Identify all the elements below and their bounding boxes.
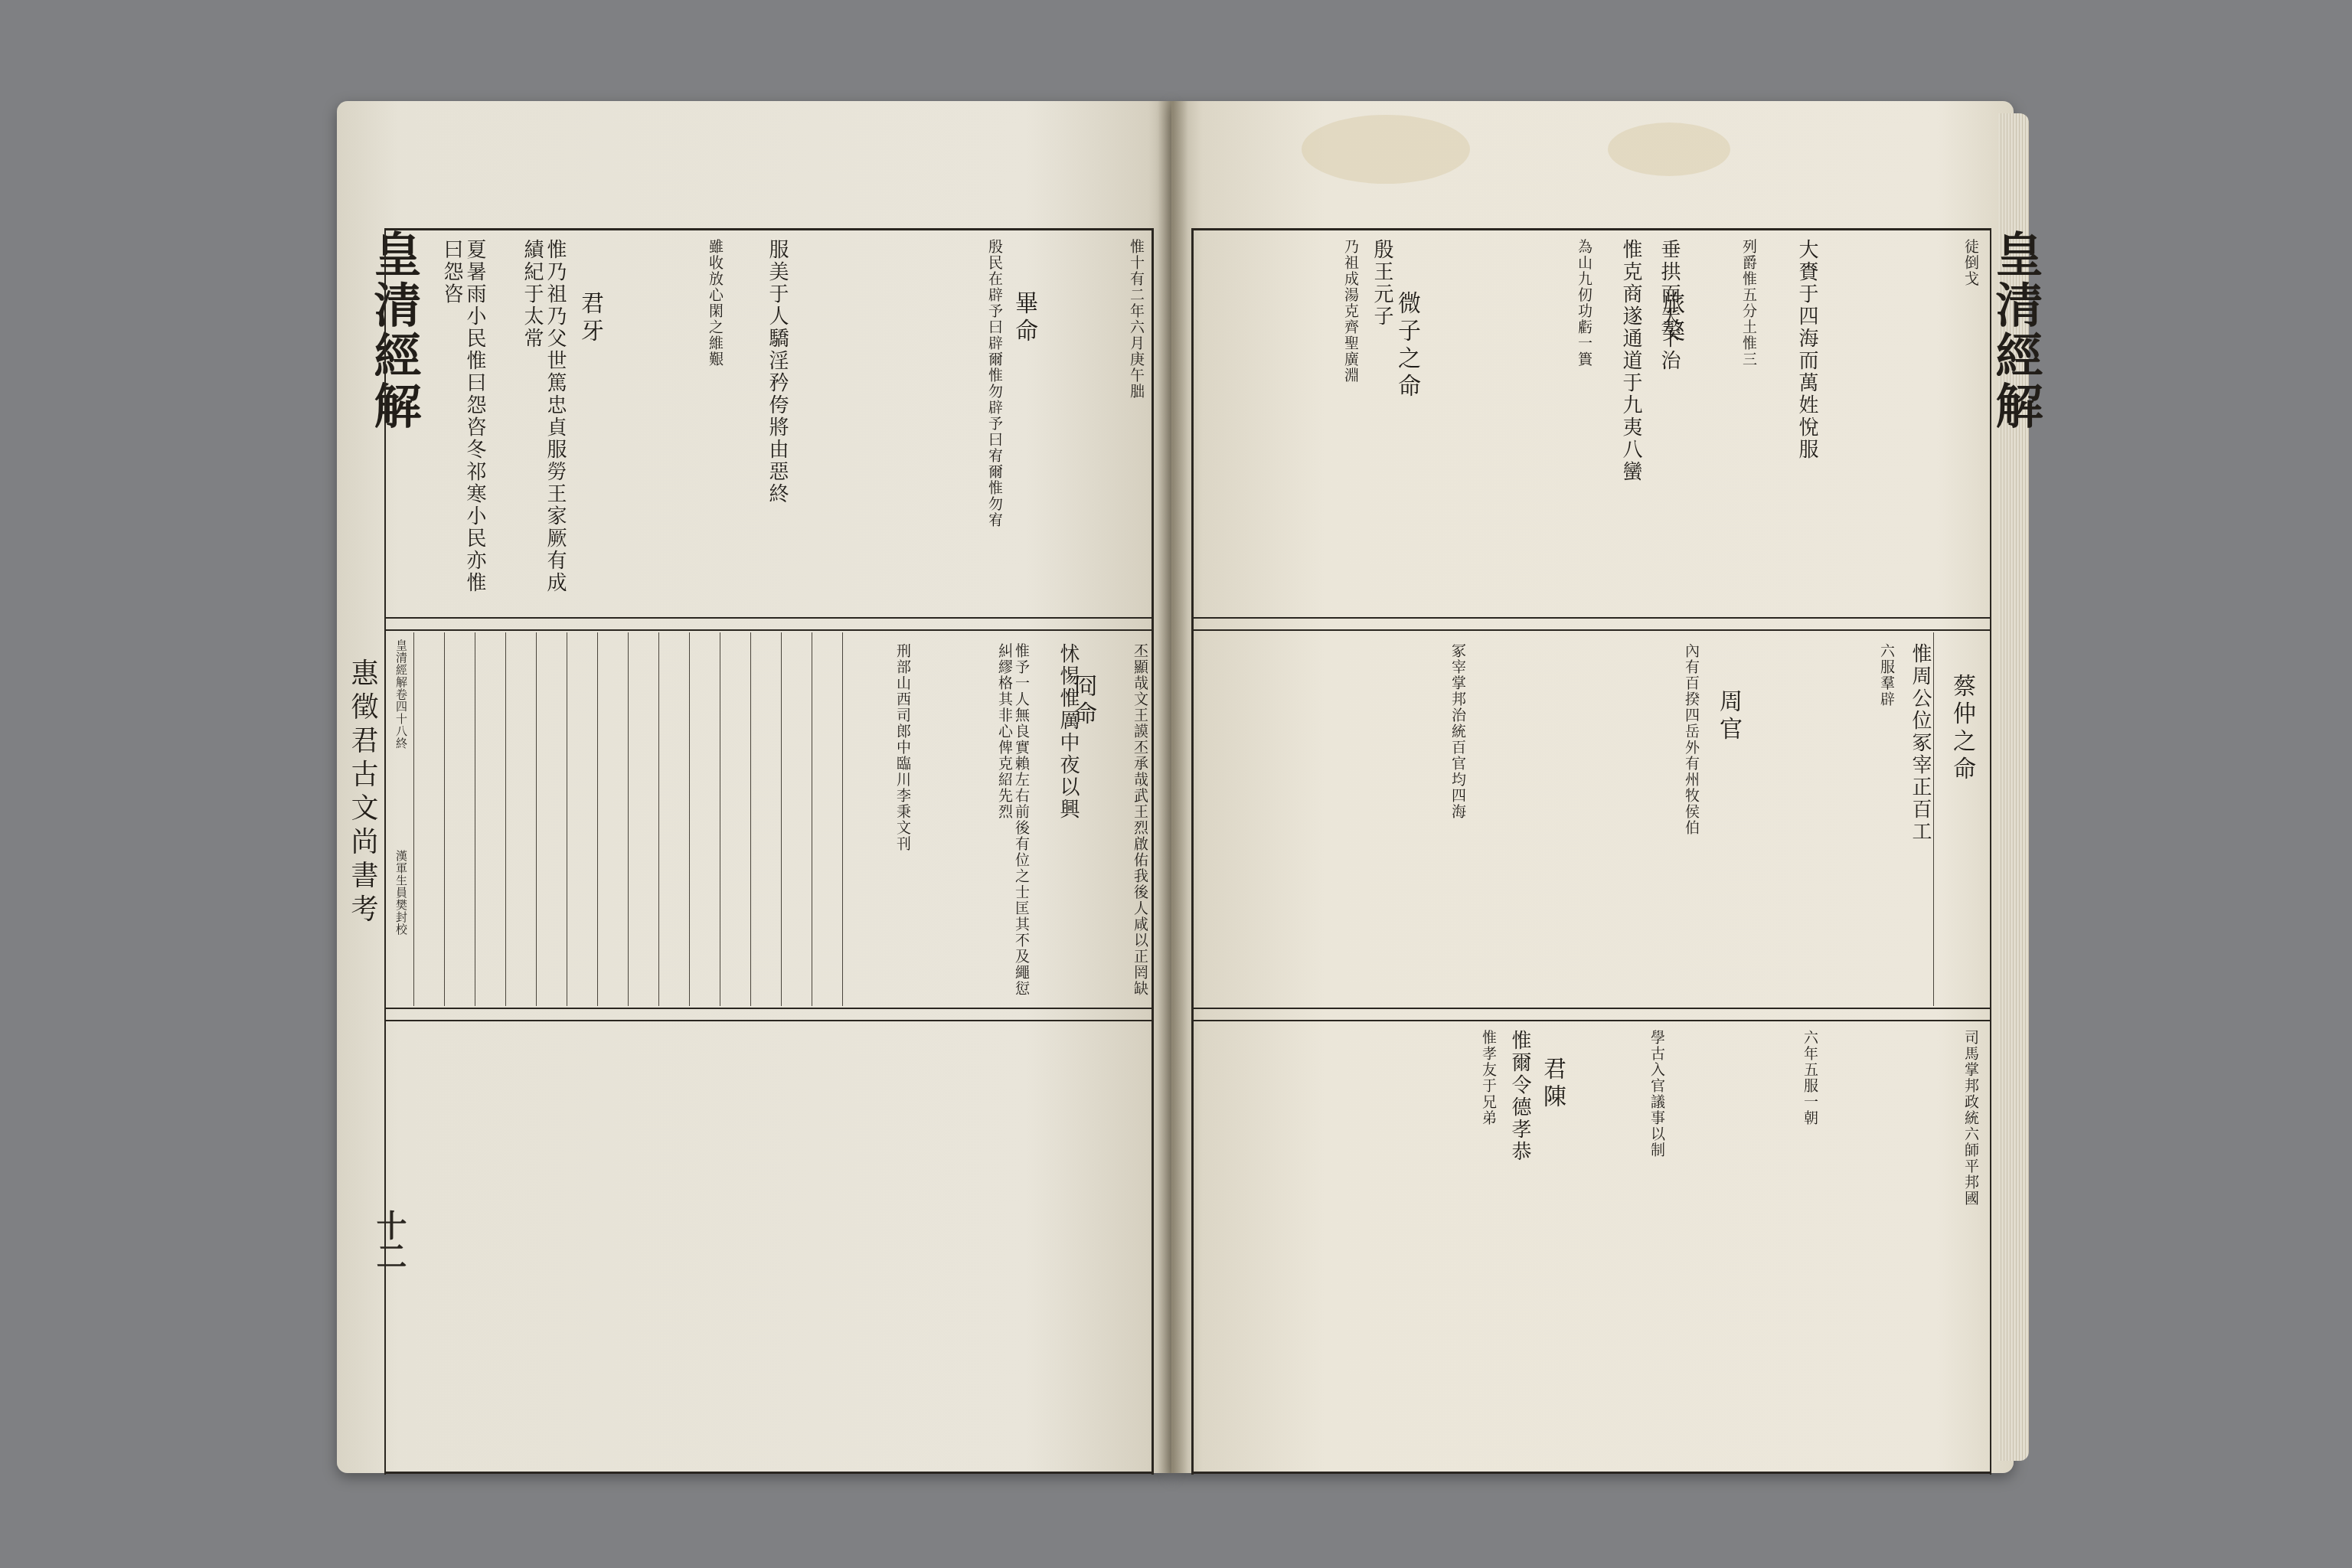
text-column-main: 夏暑雨小民惟曰怨咨冬祁寒小民亦惟曰怨咨 bbox=[394, 239, 486, 614]
column-rule bbox=[628, 632, 629, 1006]
book-gutter bbox=[1158, 101, 1188, 1473]
open-book: 皇清經解 惠徵君古文尚書考 十二 惟十有二年六月庚午朏 畢命 殷民在辟予曰辟爾惟… bbox=[0, 0, 2352, 1568]
text-column-block: 六服羣辟 bbox=[1738, 643, 1895, 1003]
column-rule bbox=[842, 632, 843, 1006]
column-rule bbox=[658, 632, 659, 1006]
section-heading-biming: 畢命 bbox=[1007, 291, 1040, 346]
colophon: 刑部山西司郎中臨川李秉文刊 bbox=[880, 643, 911, 1003]
band-divider bbox=[1191, 629, 1990, 631]
section-heading-weizi-zhi-ming: 微子之命 bbox=[1390, 291, 1423, 401]
section-heading-junya: 君牙 bbox=[573, 291, 606, 346]
section-heading-zhouguan: 周官 bbox=[1711, 689, 1745, 744]
text-column-block: 冢宰掌邦治統百官均四海 bbox=[1202, 643, 1466, 1003]
column-rule bbox=[413, 632, 414, 1006]
column-rule bbox=[812, 632, 812, 1006]
text-column-block: 殷民在辟予曰辟爾惟勿辟予曰宥爾惟勿宥 bbox=[796, 239, 1003, 614]
band-divider bbox=[384, 629, 1152, 631]
band-divider bbox=[1191, 1020, 1990, 1021]
band-divider bbox=[384, 617, 1152, 619]
column-rule bbox=[781, 632, 782, 1006]
text-column-block: 丕顯哉文王謨丕承哉武王烈啟佑我後人咸以正罔缺 bbox=[1091, 643, 1148, 1003]
text-column-block: 雖收放心閑之維艱 bbox=[605, 239, 724, 614]
text-column-block: 乃祖成湯克齊聖廣淵 bbox=[1202, 239, 1359, 614]
proofreader-credit: 漢軍生員樊封校 bbox=[389, 850, 407, 1003]
band-divider bbox=[1191, 617, 1990, 619]
text-column-block: 內有百揆四岳外有州牧侯伯 bbox=[1470, 643, 1700, 1003]
column-rule bbox=[505, 632, 506, 1006]
text-column-main: 惟克商遂通道于九夷八蠻 bbox=[1596, 239, 1642, 614]
text-column-block: 惟孝友于兄弟 bbox=[1202, 1030, 1497, 1466]
column-rule bbox=[1933, 632, 1934, 1006]
frame-bottom bbox=[384, 1472, 1152, 1474]
text-column-main: 殷王元子 bbox=[1363, 239, 1393, 614]
column-rule bbox=[475, 632, 475, 1006]
text-column-block: 為山九仞功虧一簣 bbox=[1439, 239, 1592, 614]
section-heading-caizhong-zhi-ming: 蔡仲之命 bbox=[1945, 674, 1978, 784]
section-heading-lvao: 旅獒 bbox=[1654, 291, 1687, 346]
frame-bottom bbox=[1191, 1472, 1990, 1474]
paper-stain bbox=[1608, 122, 1730, 176]
text-column-main: 服美于人驕淫矜侉將由惡終 bbox=[727, 239, 789, 614]
text-column-block: 徒倒戈 bbox=[1822, 239, 1979, 614]
text-column-main: 惟爾令德孝恭 bbox=[1501, 1030, 1531, 1466]
margin-section-title: 惠徵君古文尚書考 bbox=[343, 658, 382, 949]
text-column-main: 大賚于四海而萬姓悅服 bbox=[1761, 239, 1818, 614]
band-divider bbox=[384, 1020, 1152, 1021]
text-column-main: 惟乃祖乃父世篤忠貞服勞王家厥有成績紀于太常 bbox=[490, 239, 567, 614]
margin-banner-right: 皇清經解 bbox=[1981, 230, 2050, 658]
column-rule bbox=[597, 632, 598, 1006]
text-column-block: 惟予一人無良實賴左右前後有位之士匡其不及繩愆糾繆格其非心俾克紹先烈 bbox=[915, 643, 1030, 1003]
band-divider bbox=[1191, 1008, 1990, 1009]
text-column-main: 惟周公位冢宰正百工 bbox=[1903, 643, 1932, 1003]
text-column-block: 六年五服一朝 bbox=[1669, 1030, 1818, 1466]
column-rule bbox=[536, 632, 537, 1006]
paper-stain bbox=[1302, 115, 1470, 184]
section-heading-junchen: 君陳 bbox=[1535, 1057, 1569, 1112]
text-column-block: 司馬掌邦政統六師平邦國 bbox=[1822, 1030, 1979, 1466]
volume-end-mark: 皇清經解卷四十八終 bbox=[389, 639, 407, 792]
column-rule bbox=[750, 632, 751, 1006]
column-rule bbox=[689, 632, 690, 1006]
band-divider bbox=[384, 1008, 1152, 1009]
column-rule bbox=[444, 632, 445, 1006]
text-column-block: 學古入官議事以制 bbox=[1554, 1030, 1665, 1466]
column-rule bbox=[567, 632, 567, 1006]
text-column-block: 列爵惟五分土惟三 bbox=[1684, 239, 1757, 614]
column-rule bbox=[720, 632, 720, 1006]
